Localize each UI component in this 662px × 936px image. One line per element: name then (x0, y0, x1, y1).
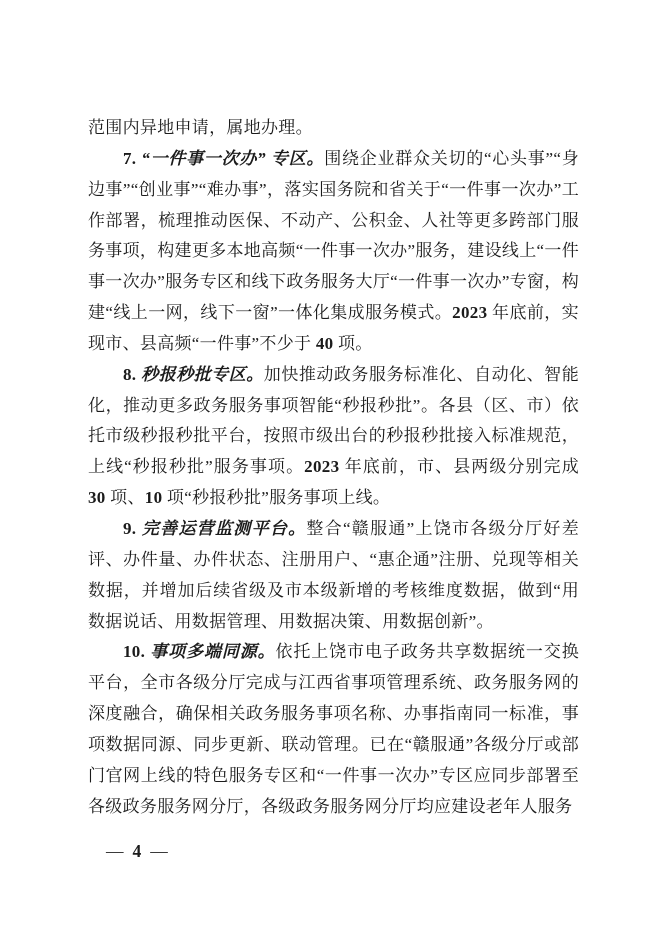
item-heading: 秒报秒批专区。 (141, 365, 264, 384)
text-segment: 10 (145, 488, 163, 507)
paragraph: 范围内异地申请，属地办理。 (88, 113, 579, 144)
text-segment: 2023 (452, 303, 487, 322)
text-segment: 8. (123, 365, 141, 384)
text-segment: 9. (123, 519, 142, 538)
footer-right-dash: — (150, 841, 168, 861)
paragraph: 9. 完善运营监测平台。整合“赣服通”上饶市各级分厅好差评、办件量、办件状态、注… (88, 514, 579, 637)
item-heading: 事项多端同源。 (150, 642, 275, 661)
document-body: 范围内异地申请，属地办理。7. “一件事一次办” 专区。围绕企业群众关切的“心头… (88, 113, 579, 822)
page-footer: —4— (106, 838, 168, 864)
text-segment: 围绕企业群众关切的“心头事”“身边事”“创业事”“难办事”，落实国务院和省关于“… (88, 149, 579, 322)
text-segment: 40 (316, 334, 334, 353)
item-heading: “一件事一次办” 专区。 (141, 149, 324, 168)
text-segment: 项“秒报秒批”服务事项上线。 (162, 488, 390, 507)
document-page: 范围内异地申请，属地办理。7. “一件事一次办” 专区。围绕企业群众关切的“心头… (0, 0, 662, 936)
paragraph: 10. 事项多端同源。依托上饶市电子政务共享数据统一交换平台，全市各级分厅完成与… (88, 637, 579, 822)
footer-left-dash: — (106, 841, 124, 861)
text-segment: 年底前，市、县两级分别完成 (339, 457, 579, 476)
text-segment: 项。 (333, 334, 372, 353)
page-number: 4 (133, 841, 142, 861)
text-segment: 项、 (106, 488, 145, 507)
text-segment: 2023 (304, 457, 339, 476)
paragraph: 8. 秒报秒批专区。加快推动政务服务标准化、自动化、智能化，推动更多政务服务事项… (88, 360, 579, 514)
text-segment: 范围内异地申请，属地办理。 (88, 118, 313, 137)
item-heading: 完善运营监测平台。 (142, 519, 307, 538)
text-segment: 10. (123, 642, 150, 661)
text-segment: 30 (88, 488, 106, 507)
text-segment: 7. (123, 149, 141, 168)
paragraph: 7. “一件事一次办” 专区。围绕企业群众关切的“心头事”“身边事”“创业事”“… (88, 144, 579, 360)
text-segment: 依托上饶市电子政务共享数据统一交换平台，全市各级分厅完成与江西省事项管理系统、政… (88, 642, 579, 815)
